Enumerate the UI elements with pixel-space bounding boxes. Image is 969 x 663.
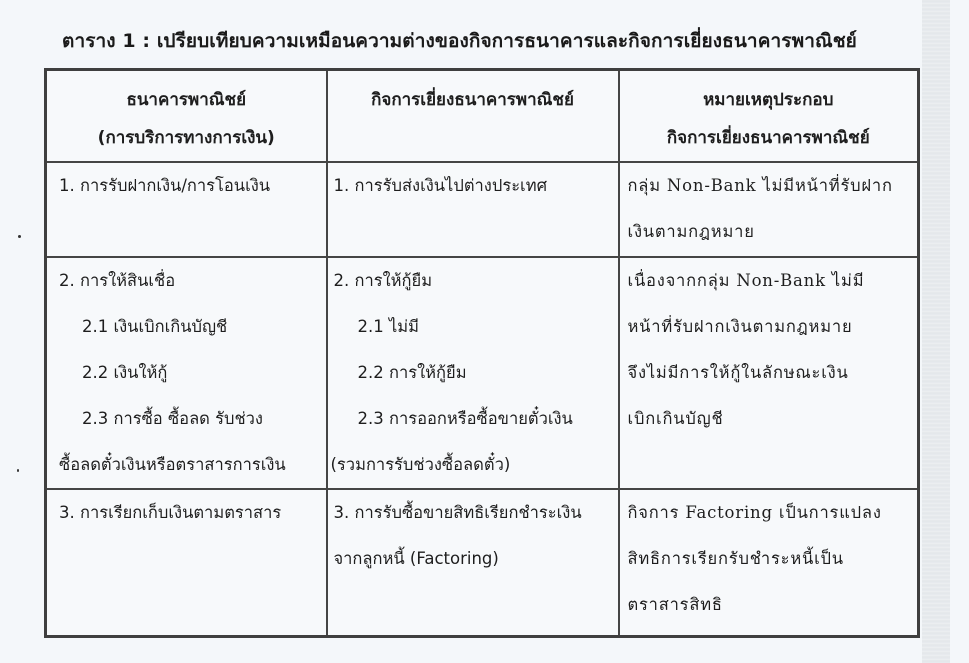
scan-speck [18,235,21,238]
cell-bank-like: 1. การรับส่งเงินไปต่างประเทศ [327,162,619,257]
cell-line: 2.3 การซื้อ ซื้อลด รับช่วง [47,396,326,442]
cell-commercial-bank: 1. การรับฝากเงิน/การโอนเงิน [46,162,327,257]
table-header-row: ธนาคารพาณิชย์ (การบริการทางการเงิน) กิจก… [46,70,919,162]
cell-line: เนื่องจากกลุ่ม Non-Bank ไม่มี [620,258,918,304]
cell-line: 2.3 การออกหรือซื้อขายตั๋วเงิน [328,396,618,442]
table-row: 2. การให้สินเชื่อ 2.1 เงินเบิกเกินบัญชี … [46,257,919,489]
cell-line: 3. การรับซื้อขายสิทธิเรียกชำระเงิน [328,490,618,536]
cell-line: 1. การรับฝากเงิน/การโอนเงิน [47,163,326,209]
scan-edge-texture [922,0,950,663]
header-line: กิจการเยี่ยงธนาคารพาณิชย์ [328,81,618,119]
cell-note: กลุ่ม Non-Bank ไม่มีหน้าที่รับฝาก เงินตา… [619,162,919,257]
cell-line: 2.1 เงินเบิกเกินบัญชี [47,304,326,350]
cell-bank-like: 3. การรับซื้อขายสิทธิเรียกชำระเงิน จากลู… [327,489,619,637]
cell-note: เนื่องจากกลุ่ม Non-Bank ไม่มี หน้าที่รับ… [619,257,919,489]
cell-line: 1. การรับส่งเงินไปต่างประเทศ [328,163,618,209]
cell-bank-like: 2. การให้กู้ยืม 2.1 ไม่มี 2.2 การให้กู้ย… [327,257,619,489]
cell-commercial-bank: 3. การเรียกเก็บเงินตามตราสาร [46,489,327,637]
cell-line: กิจการ Factoring เป็นการแปลง [620,490,918,536]
cell-line: เงินตามกฎหมาย [620,209,918,255]
cell-line: 2. การให้สินเชื่อ [47,258,326,304]
cell-line: 2. การให้กู้ยืม [328,258,618,304]
cell-line: เบิกเกินบัญชี [620,396,918,442]
header-line: ธนาคารพาณิชย์ [47,81,326,119]
cell-line: (รวมการรับช่วงซื้อลดตั๋ว) [328,442,618,488]
table-row: 1. การรับฝากเงิน/การโอนเงิน 1. การรับส่ง… [46,162,919,257]
cell-note: กิจการ Factoring เป็นการแปลง สิทธิการเรี… [619,489,919,637]
comparison-table: ธนาคารพาณิชย์ (การบริการทางการเงิน) กิจก… [44,68,920,638]
scan-speck [17,469,19,472]
cell-line: สิทธิการเรียกรับชำระหนี้เป็น [620,536,918,582]
header-commercial-bank: ธนาคารพาณิชย์ (การบริการทางการเงิน) [46,70,327,162]
header-line: (การบริการทางการเงิน) [47,119,326,157]
header-line: กิจการเยี่ยงธนาคารพาณิชย์ [620,119,918,157]
cell-line: 2.2 การให้กู้ยืม [328,350,618,396]
cell-line: 2.2 เงินให้กู้ [47,350,326,396]
cell-line: จึงไม่มีการให้กู้ในลักษณะเงิน [620,350,918,396]
cell-line: ตราสารสิทธิ [620,582,918,628]
cell-line: 3. การเรียกเก็บเงินตามตราสาร [47,490,326,536]
cell-line: ซื้อลดตั๋วเงินหรือตราสารการเงิน [47,442,326,488]
table-caption: ตาราง 1 : เปรียบเทียบความเหมือนความต่างข… [62,26,922,56]
cell-commercial-bank: 2. การให้สินเชื่อ 2.1 เงินเบิกเกินบัญชี … [46,257,327,489]
header-line: หมายเหตุประกอบ [620,81,918,119]
cell-line: หน้าที่รับฝากเงินตามกฎหมาย [620,304,918,350]
header-bank-like-business: กิจการเยี่ยงธนาคารพาณิชย์ [327,70,619,162]
cell-line: 2.1 ไม่มี [328,304,618,350]
cell-line: กลุ่ม Non-Bank ไม่มีหน้าที่รับฝาก [620,163,918,209]
table-row: 3. การเรียกเก็บเงินตามตราสาร 3. การรับซื… [46,489,919,637]
header-notes: หมายเหตุประกอบ กิจการเยี่ยงธนาคารพาณิชย์ [619,70,919,162]
cell-line: จากลูกหนี้ (Factoring) [328,536,618,582]
